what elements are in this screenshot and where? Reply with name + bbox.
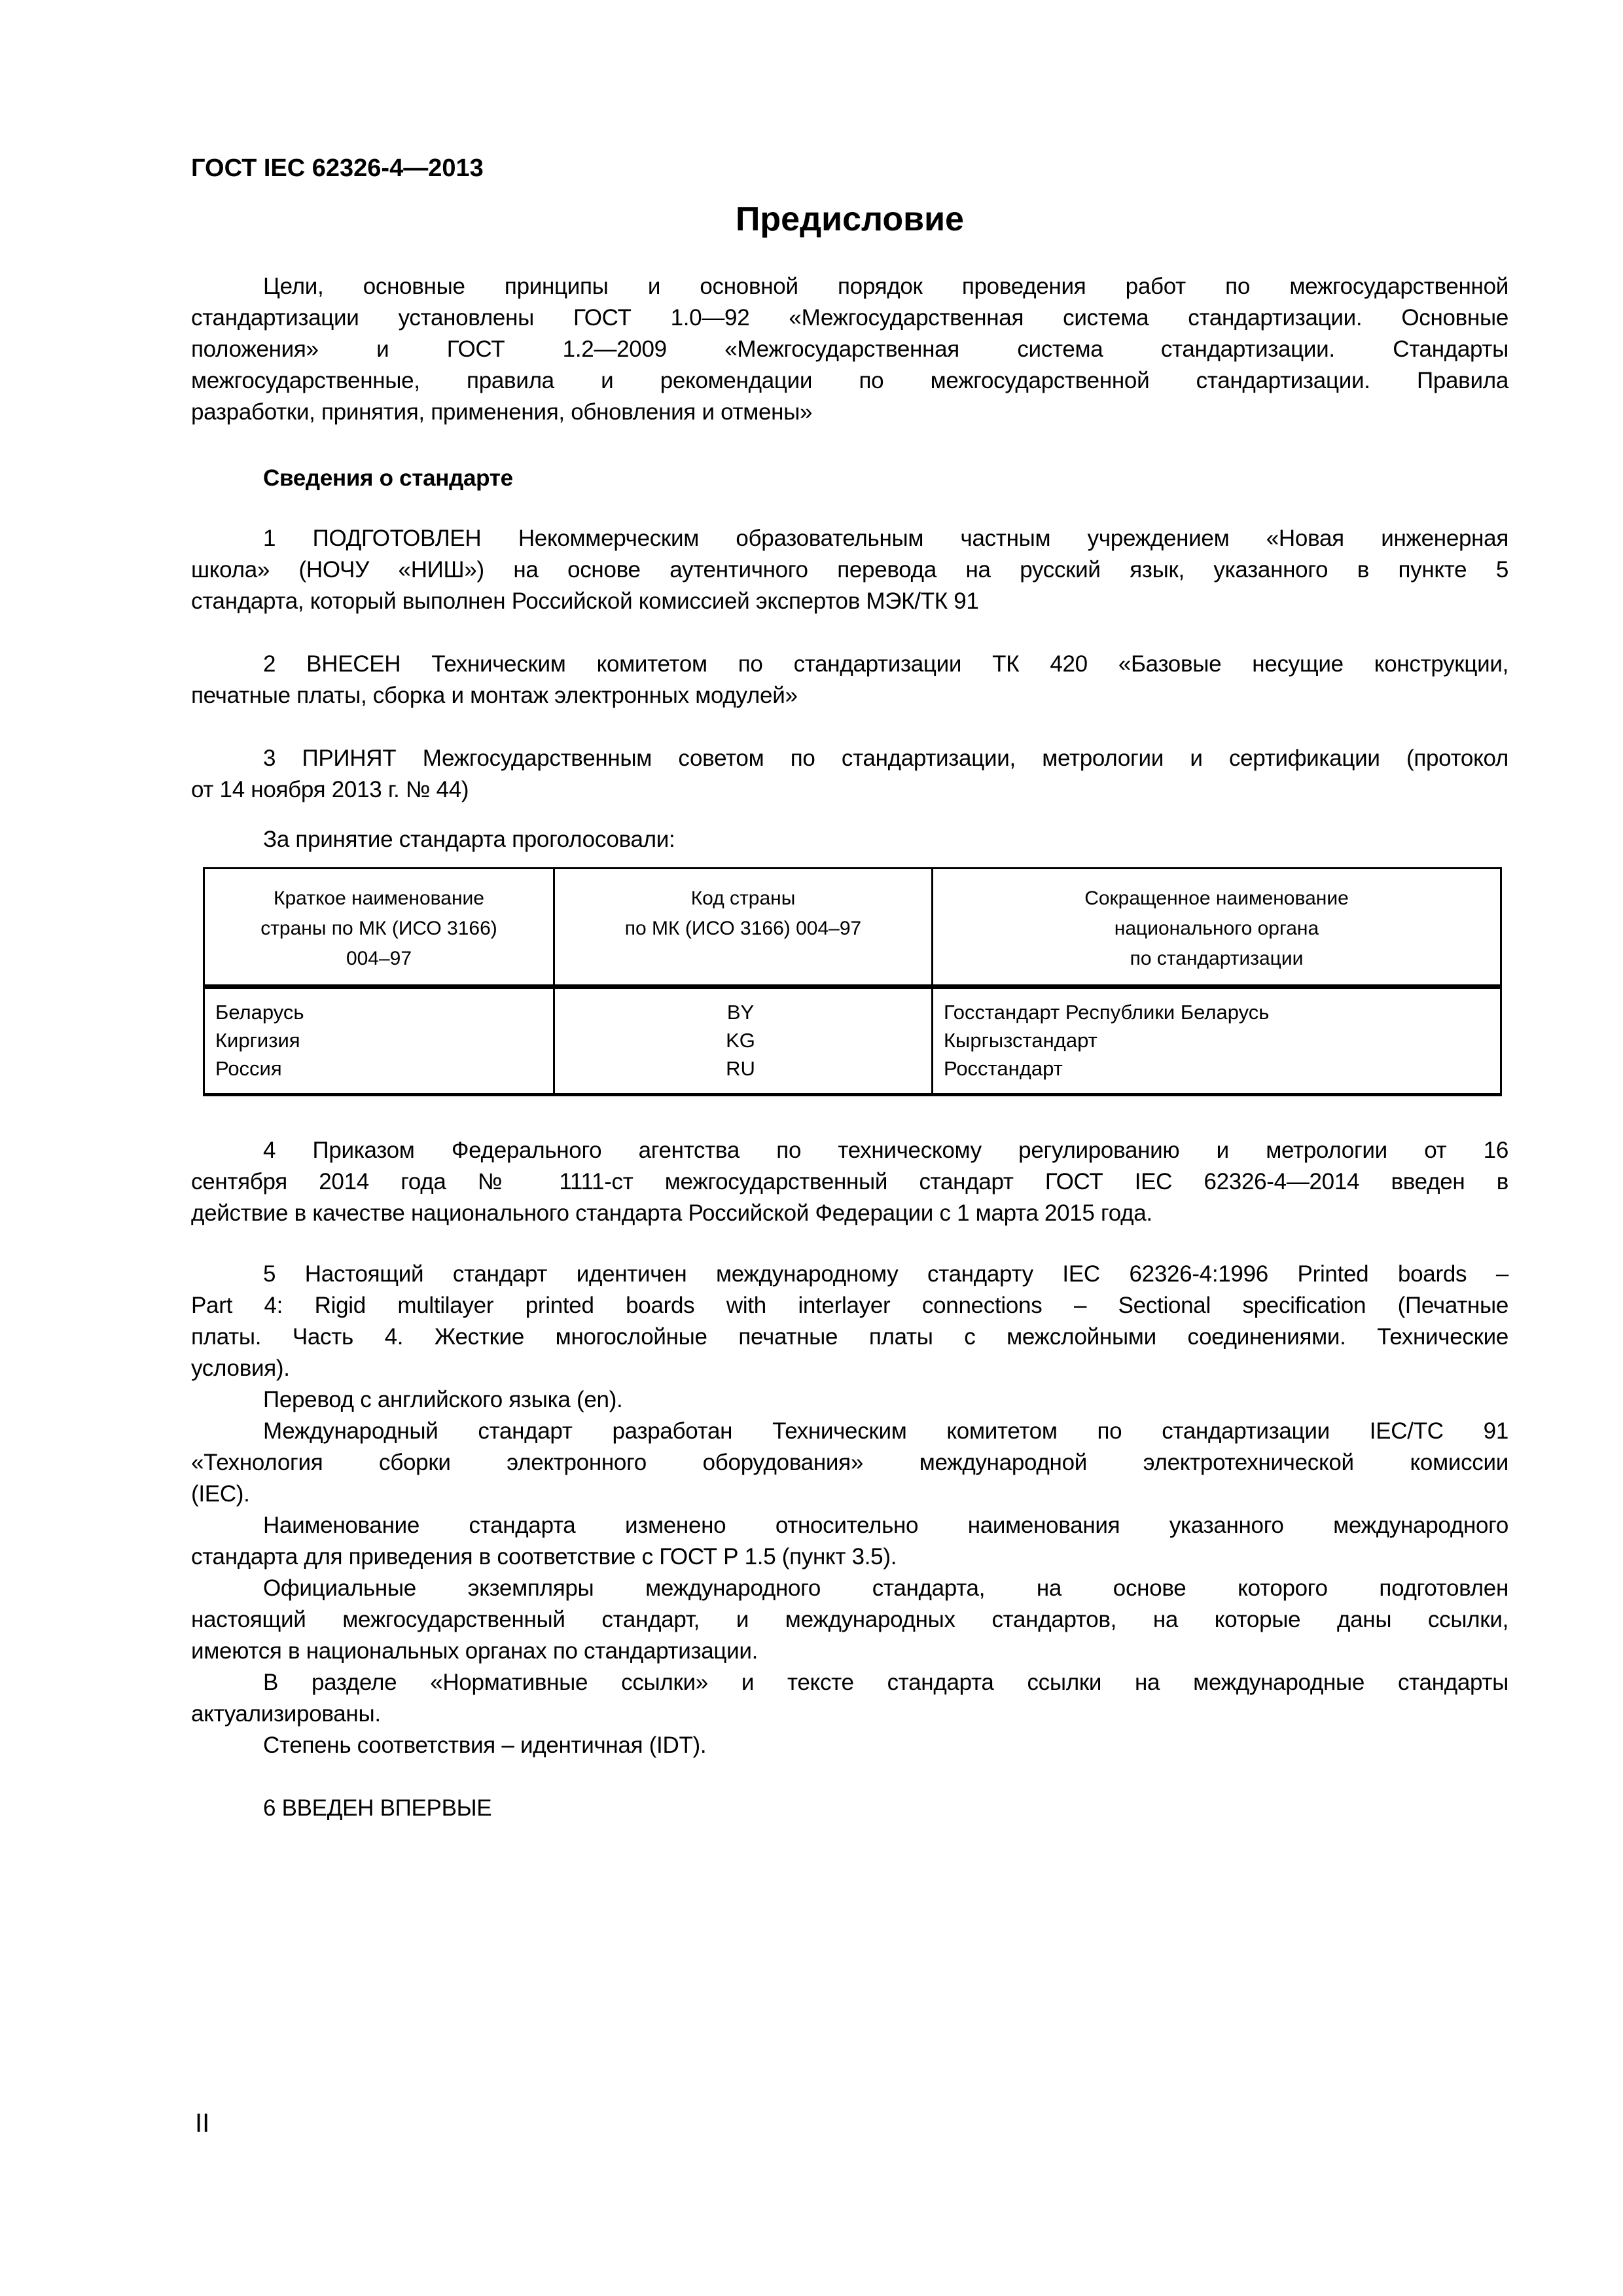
paragraph-clause-6-first-line: 6 ВВЕДЕН ВПЕРВЫЕ bbox=[191, 1793, 1508, 1824]
paragraph-official-copies-note-line: настоящий межгосударственный стандарт, и… bbox=[191, 1604, 1508, 1636]
paragraph-references-note: В разделе «Нормативные ссылки» и тексте … bbox=[191, 1667, 1508, 1730]
paragraph-intro-line: положения» и ГОСТ 1.2—2009 «Межгосударст… bbox=[191, 334, 1508, 365]
paragraph-conformity-note: Степень соответствия – идентичная (IDT). bbox=[191, 1730, 1508, 1761]
vote-table-header-line: по МК (ИСО 3166) 004–97 bbox=[563, 914, 923, 944]
paragraph-clause-2-submitted-line: печатные платы, сборка и монтаж электрон… bbox=[191, 680, 1508, 711]
paragraph-developer-note-line: Международный стандарт разработан Технич… bbox=[191, 1416, 1508, 1447]
vote-table-value: Киргизия bbox=[215, 1026, 548, 1054]
paragraph-clause-3-adopted: 3 ПРИНЯТ Межгосударственным советом по с… bbox=[191, 743, 1508, 806]
vote-table-header-line: Код страны bbox=[563, 884, 923, 914]
page-number: II bbox=[195, 2109, 209, 2138]
vote-table-header-cell: Код страныпо МК (ИСО 3166) 004–97 bbox=[553, 869, 931, 984]
paragraph-official-copies-note-line: Официальные экземпляры международного ст… bbox=[191, 1573, 1508, 1604]
paragraph-standard-info-heading: Сведения о стандарте bbox=[191, 463, 1508, 494]
paragraph-clause-5-identical-line: условия). bbox=[191, 1353, 1508, 1384]
paragraph-vote-caption-line: За принятие стандарта проголосовали: bbox=[191, 824, 1508, 855]
paragraph-title-change-note-line: Наименование стандарта изменено относите… bbox=[191, 1510, 1508, 1541]
vote-table-body-row: БеларусьКиргизияРоссияBYKGRUГосстандарт … bbox=[205, 989, 1500, 1093]
paragraph-developer-note: Международный стандарт разработан Технич… bbox=[191, 1416, 1508, 1510]
paragraph-intro: Цели, основные принципы и основной поряд… bbox=[191, 271, 1508, 428]
vote-table-header-row: Краткое наименованиестраны по МК (ИСО 31… bbox=[205, 869, 1500, 989]
paragraph-official-copies-note: Официальные экземпляры международного ст… bbox=[191, 1573, 1508, 1667]
paragraph-clause-5-identical-line: Part 4: Rigid multilayer printed boards … bbox=[191, 1290, 1508, 1321]
paragraph-clause-5-identical-line: платы. Часть 4. Жесткие многослойные печ… bbox=[191, 1321, 1508, 1353]
paragraph-clause-4-order-line: действие в качестве национального станда… bbox=[191, 1198, 1508, 1229]
vote-table-value: Беларусь bbox=[215, 998, 548, 1026]
paragraph-standard-info-heading-line: Сведения о стандарте bbox=[191, 463, 1508, 494]
paragraph-clause-1-prepared: 1 ПОДГОТОВЛЕН Некоммерческим образовател… bbox=[191, 523, 1508, 617]
paragraph-title-change-note: Наименование стандарта изменено относите… bbox=[191, 1510, 1508, 1573]
paragraph-clause-1-prepared-line: школа» (НОЧУ «НИШ») на основе аутентично… bbox=[191, 554, 1508, 586]
vote-table-header-line: Сокращенное наименование bbox=[941, 884, 1492, 914]
paragraph-intro-line: Цели, основные принципы и основной поряд… bbox=[191, 271, 1508, 302]
vote-table-country-cell: БеларусьКиргизияРоссия bbox=[205, 989, 553, 1093]
paragraph-official-copies-note-line: имеются в национальных органах по станда… bbox=[191, 1636, 1508, 1667]
vote-table-value: Россия bbox=[215, 1054, 548, 1083]
paragraph-clause-3-adopted-line: 3 ПРИНЯТ Межгосударственным советом по с… bbox=[191, 743, 1508, 774]
paragraph-clause-5-identical: 5 Настоящий стандарт идентичен междунаро… bbox=[191, 1259, 1508, 1384]
paragraph-translation-note: Перевод с английского языка (en). bbox=[191, 1384, 1508, 1416]
document-page: ГОСТ IEC 62326-4—2013 Предисловие Цели, … bbox=[0, 0, 1623, 2296]
paragraph-clause-2-submitted: 2 ВНЕСЕН Техническим комитетом по станда… bbox=[191, 649, 1508, 711]
paragraph-vote-caption: За принятие стандарта проголосовали: bbox=[191, 824, 1508, 855]
paragraph-developer-note-line: «Технология сборки электронного оборудов… bbox=[191, 1447, 1508, 1479]
page-title: Предисловие bbox=[191, 202, 1508, 237]
paragraph-intro-line: межгосударственные, правила и рекомендац… bbox=[191, 365, 1508, 397]
vote-table: Краткое наименованиестраны по МК (ИСО 31… bbox=[203, 867, 1502, 1096]
vote-table-value: KG bbox=[555, 1026, 926, 1054]
vote-table-value: Кыргызстандарт bbox=[944, 1026, 1495, 1054]
paragraph-clause-6-first: 6 ВВЕДЕН ВПЕРВЫЕ bbox=[191, 1793, 1508, 1824]
paragraph-clause-4-order-line: 4 Приказом Федерального агентства по тех… bbox=[191, 1135, 1508, 1166]
paragraph-intro-line: разработки, принятия, применения, обновл… bbox=[191, 397, 1508, 428]
paragraph-intro-line: стандартизации установлены ГОСТ 1.0—92 «… bbox=[191, 302, 1508, 334]
vote-table-value: Госстандарт Республики Беларусь bbox=[944, 998, 1495, 1026]
vote-table-org-cell: Госстандарт Республики БеларусьКыргызста… bbox=[931, 989, 1500, 1093]
paragraph-title-change-note-line: стандарта для приведения в соответствие … bbox=[191, 1541, 1508, 1573]
vote-table-value: BY bbox=[555, 998, 926, 1026]
paragraph-references-note-line: актуализированы. bbox=[191, 1698, 1508, 1730]
vote-table-header-line: национального органа bbox=[941, 914, 1492, 944]
paragraph-translation-note-line: Перевод с английского языка (en). bbox=[191, 1384, 1508, 1416]
paragraph-references-note-line: В разделе «Нормативные ссылки» и тексте … bbox=[191, 1667, 1508, 1698]
vote-table-header-cell: Краткое наименованиестраны по МК (ИСО 31… bbox=[205, 869, 553, 984]
paragraph-clause-2-submitted-line: 2 ВНЕСЕН Техническим комитетом по станда… bbox=[191, 649, 1508, 680]
vote-table-header-cell: Сокращенное наименованиенационального ор… bbox=[931, 869, 1500, 984]
vote-table-header-line: по стандартизации bbox=[941, 944, 1492, 974]
vote-table-header-line: страны по МК (ИСО 3166) bbox=[213, 914, 545, 944]
paragraph-clause-1-prepared-line: стандарта, который выполнен Российской к… bbox=[191, 586, 1508, 617]
doc-code: ГОСТ IEC 62326-4—2013 bbox=[191, 154, 484, 182]
vote-table-header-line: Краткое наименование bbox=[213, 884, 545, 914]
paragraph-clause-4-order: 4 Приказом Федерального агентства по тех… bbox=[191, 1135, 1508, 1229]
paragraph-clause-5-identical-line: 5 Настоящий стандарт идентичен междунаро… bbox=[191, 1259, 1508, 1290]
vote-table-code-cell: BYKGRU bbox=[553, 989, 931, 1093]
paragraph-clause-3-adopted-line: от 14 ноября 2013 г. № 44) bbox=[191, 774, 1508, 806]
paragraph-developer-note-line: (IEC). bbox=[191, 1479, 1508, 1510]
paragraph-conformity-note-line: Степень соответствия – идентичная (IDT). bbox=[191, 1730, 1508, 1761]
vote-table-header-line: 004–97 bbox=[213, 944, 545, 974]
paragraph-clause-4-order-line: сентября 2014 года № 1111-ст межгосударс… bbox=[191, 1166, 1508, 1198]
paragraph-clause-1-prepared-line: 1 ПОДГОТОВЛЕН Некоммерческим образовател… bbox=[191, 523, 1508, 554]
vote-table-value: Росстандарт bbox=[944, 1054, 1495, 1083]
vote-table-value: RU bbox=[555, 1054, 926, 1083]
